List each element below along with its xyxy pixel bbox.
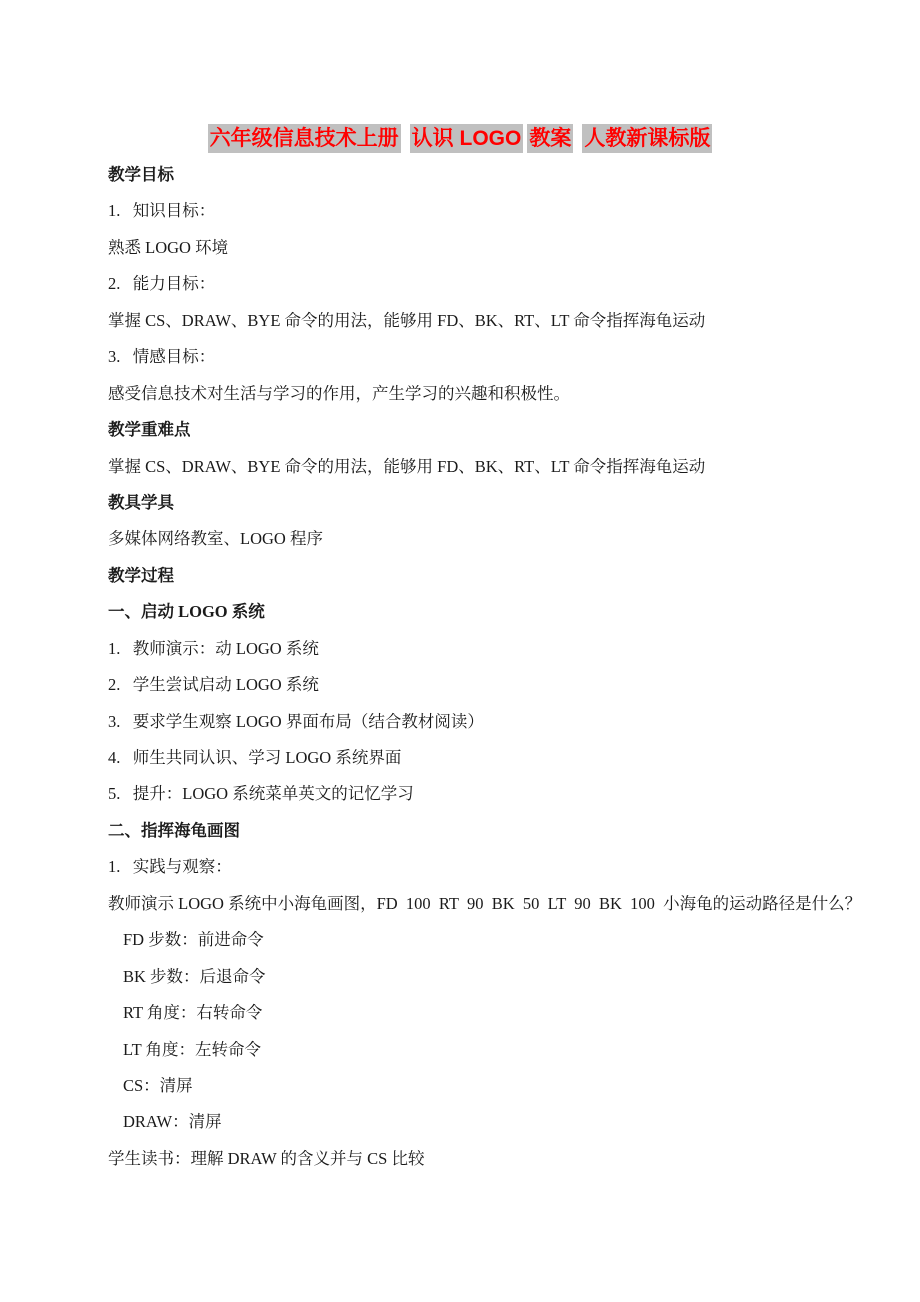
body-paragraph: DRAW：清屏	[0, 1104, 920, 1140]
body-paragraph: 2. 能力目标：	[0, 266, 920, 302]
body-paragraph: 熟悉 LOGO 环境	[0, 230, 920, 266]
section-heading: 教学重难点	[0, 412, 920, 448]
body-paragraph: LT 角度：左转命令	[0, 1032, 920, 1068]
section-heading: 教学目标	[0, 157, 920, 193]
section-heading: 教学过程	[0, 558, 920, 594]
body-paragraph: 掌握 CS、DRAW、BYE 命令的用法，能够用 FD、BK、RT、LT 命令指…	[0, 449, 920, 485]
body-paragraph: FD 步数：前进命令	[0, 922, 920, 958]
document-title: 六年级信息技术上册认识 LOGO教案人教新课标版	[0, 124, 920, 153]
body-paragraph: 1. 教师演示：动 LOGO 系统	[0, 631, 920, 667]
section-heading: 教具学具	[0, 485, 920, 521]
section-heading: 一、启动 LOGO 系统	[0, 594, 920, 630]
body-paragraph: 学生读书：理解 DRAW 的含义并与 CS 比较	[0, 1141, 920, 1177]
body-paragraph: 教师演示 LOGO 系统中小海龟画图，FD 100 RT 90 BK 50 LT…	[0, 886, 920, 922]
body-paragraph: 感受信息技术对生活与学习的作用，产生学习的兴趣和积极性。	[0, 376, 920, 412]
section-heading: 二、指挥海龟画图	[0, 813, 920, 849]
body-paragraph: 3. 情感目标：	[0, 339, 920, 375]
body-paragraph: 5. 提升：LOGO 系统菜单英文的记忆学习	[0, 776, 920, 812]
body-paragraph: 4. 师生共同认识、学习 LOGO 系统界面	[0, 740, 920, 776]
title-segment: 人教新课标版	[582, 124, 712, 153]
body-paragraph: BK 步数：后退命令	[0, 959, 920, 995]
title-segment: 教案	[527, 124, 573, 153]
body-paragraph: CS：清屏	[0, 1068, 920, 1104]
body-paragraph: RT 角度：右转命令	[0, 995, 920, 1031]
body-paragraph: 掌握 CS、DRAW、BYE 命令的用法，能够用 FD、BK、RT、LT 命令指…	[0, 303, 920, 339]
body-paragraph: 多媒体网络教室、LOGO 程序	[0, 521, 920, 557]
title-segment: 认识 LOGO	[410, 124, 524, 153]
body-paragraph: 3. 要求学生观察 LOGO 界面布局（结合教材阅读）	[0, 704, 920, 740]
body-paragraph: 2. 学生尝试启动 LOGO 系统	[0, 667, 920, 703]
document-page: 六年级信息技术上册认识 LOGO教案人教新课标版 教学目标1. 知识目标：熟悉 …	[0, 0, 920, 1302]
title-segment: 六年级信息技术上册	[208, 124, 401, 153]
body-paragraph: 1. 知识目标：	[0, 193, 920, 229]
document-body: 教学目标1. 知识目标：熟悉 LOGO 环境2. 能力目标：掌握 CS、DRAW…	[0, 157, 920, 1177]
body-paragraph: 1. 实践与观察：	[0, 849, 920, 885]
